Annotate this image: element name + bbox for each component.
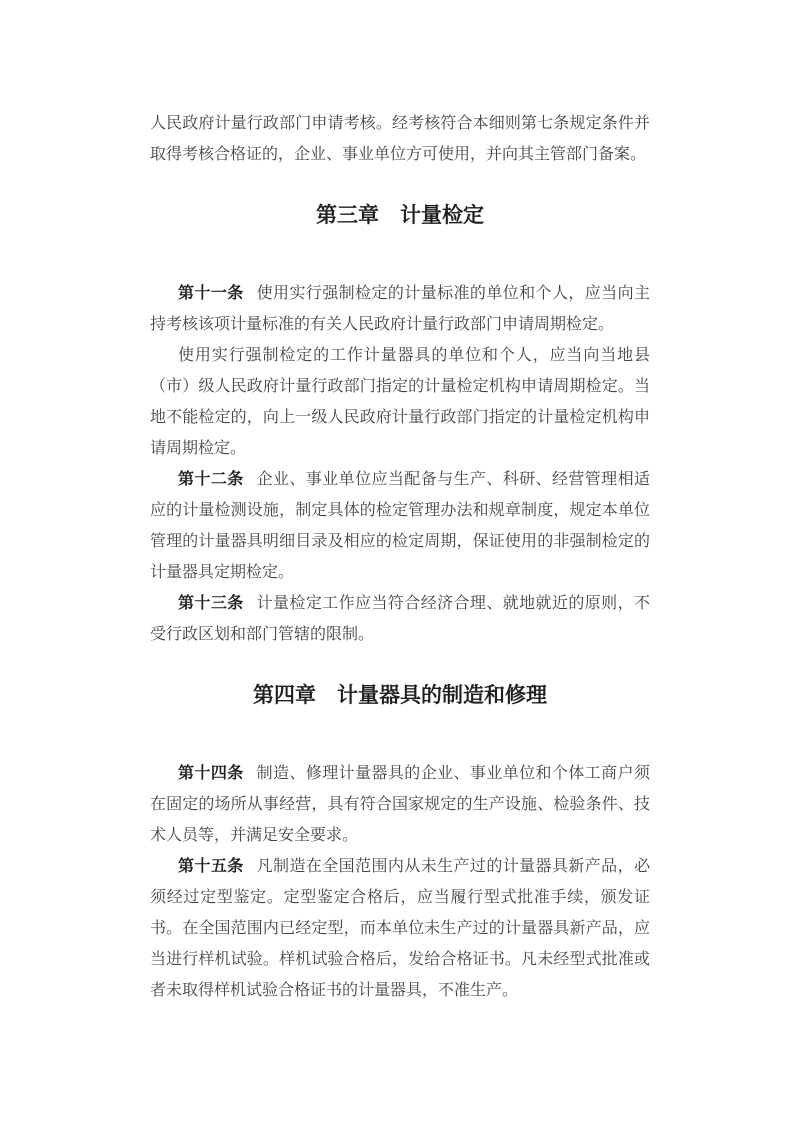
body-paragraph: 第十五条凡制造在全国范围内从未生产过的计量器具新产品，必须经过定型鉴定。定型鉴定… xyxy=(150,851,650,1006)
paragraph-text: 使用实行强制检定的工作计量器具的单位和个人，应当向当地县（市）级人民政府计量行政… xyxy=(150,347,650,457)
body-paragraph: 第十四条制造、修理计量器具的企业、事业单位和个体工商户须在固定的场所从事经营，具… xyxy=(150,758,650,851)
document-content: 人民政府计量行政部门申请考核。经考核符合本细则第七条规定条件并取得考核合格证的，… xyxy=(150,108,650,1006)
body-paragraph: 使用实行强制检定的工作计量器具的单位和个人，应当向当地县（市）级人民政府计量行政… xyxy=(150,340,650,464)
article-number: 第十三条 xyxy=(178,595,244,612)
paragraph-text: 人民政府计量行政部门申请考核。经考核符合本细则第七条规定条件并取得考核合格证的，… xyxy=(150,115,650,163)
document-page: 人民政府计量行政部门申请考核。经考核符合本细则第七条规定条件并取得考核合格证的，… xyxy=(0,0,793,1122)
body-paragraph: 第十三条计量检定工作应当符合经济合理、就地就近的原则，不受行政区划和部门管辖的限… xyxy=(150,588,650,650)
article-number: 第十一条 xyxy=(178,285,244,302)
body-paragraph: 人民政府计量行政部门申请考核。经考核符合本细则第七条规定条件并取得考核合格证的，… xyxy=(150,108,650,170)
paragraph-text: 凡制造在全国范围内从未生产过的计量器具新产品，必须经过定型鉴定。定型鉴定合格后，… xyxy=(150,858,650,999)
body-paragraph: 第十二条企业、事业单位应当配备与生产、科研、经营管理相适应的计量检测设施，制定具… xyxy=(150,464,650,588)
article-number: 第十二条 xyxy=(178,471,244,488)
article-number: 第十四条 xyxy=(178,765,244,782)
article-number: 第十五条 xyxy=(178,858,244,875)
chapter-heading: 第三章 计量检定 xyxy=(150,200,650,230)
chapter-heading: 第四章 计量器具的制造和修理 xyxy=(150,680,650,710)
body-paragraph: 第十一条使用实行强制检定的计量标准的单位和个人，应当向主持考核该项计量标准的有关… xyxy=(150,278,650,340)
